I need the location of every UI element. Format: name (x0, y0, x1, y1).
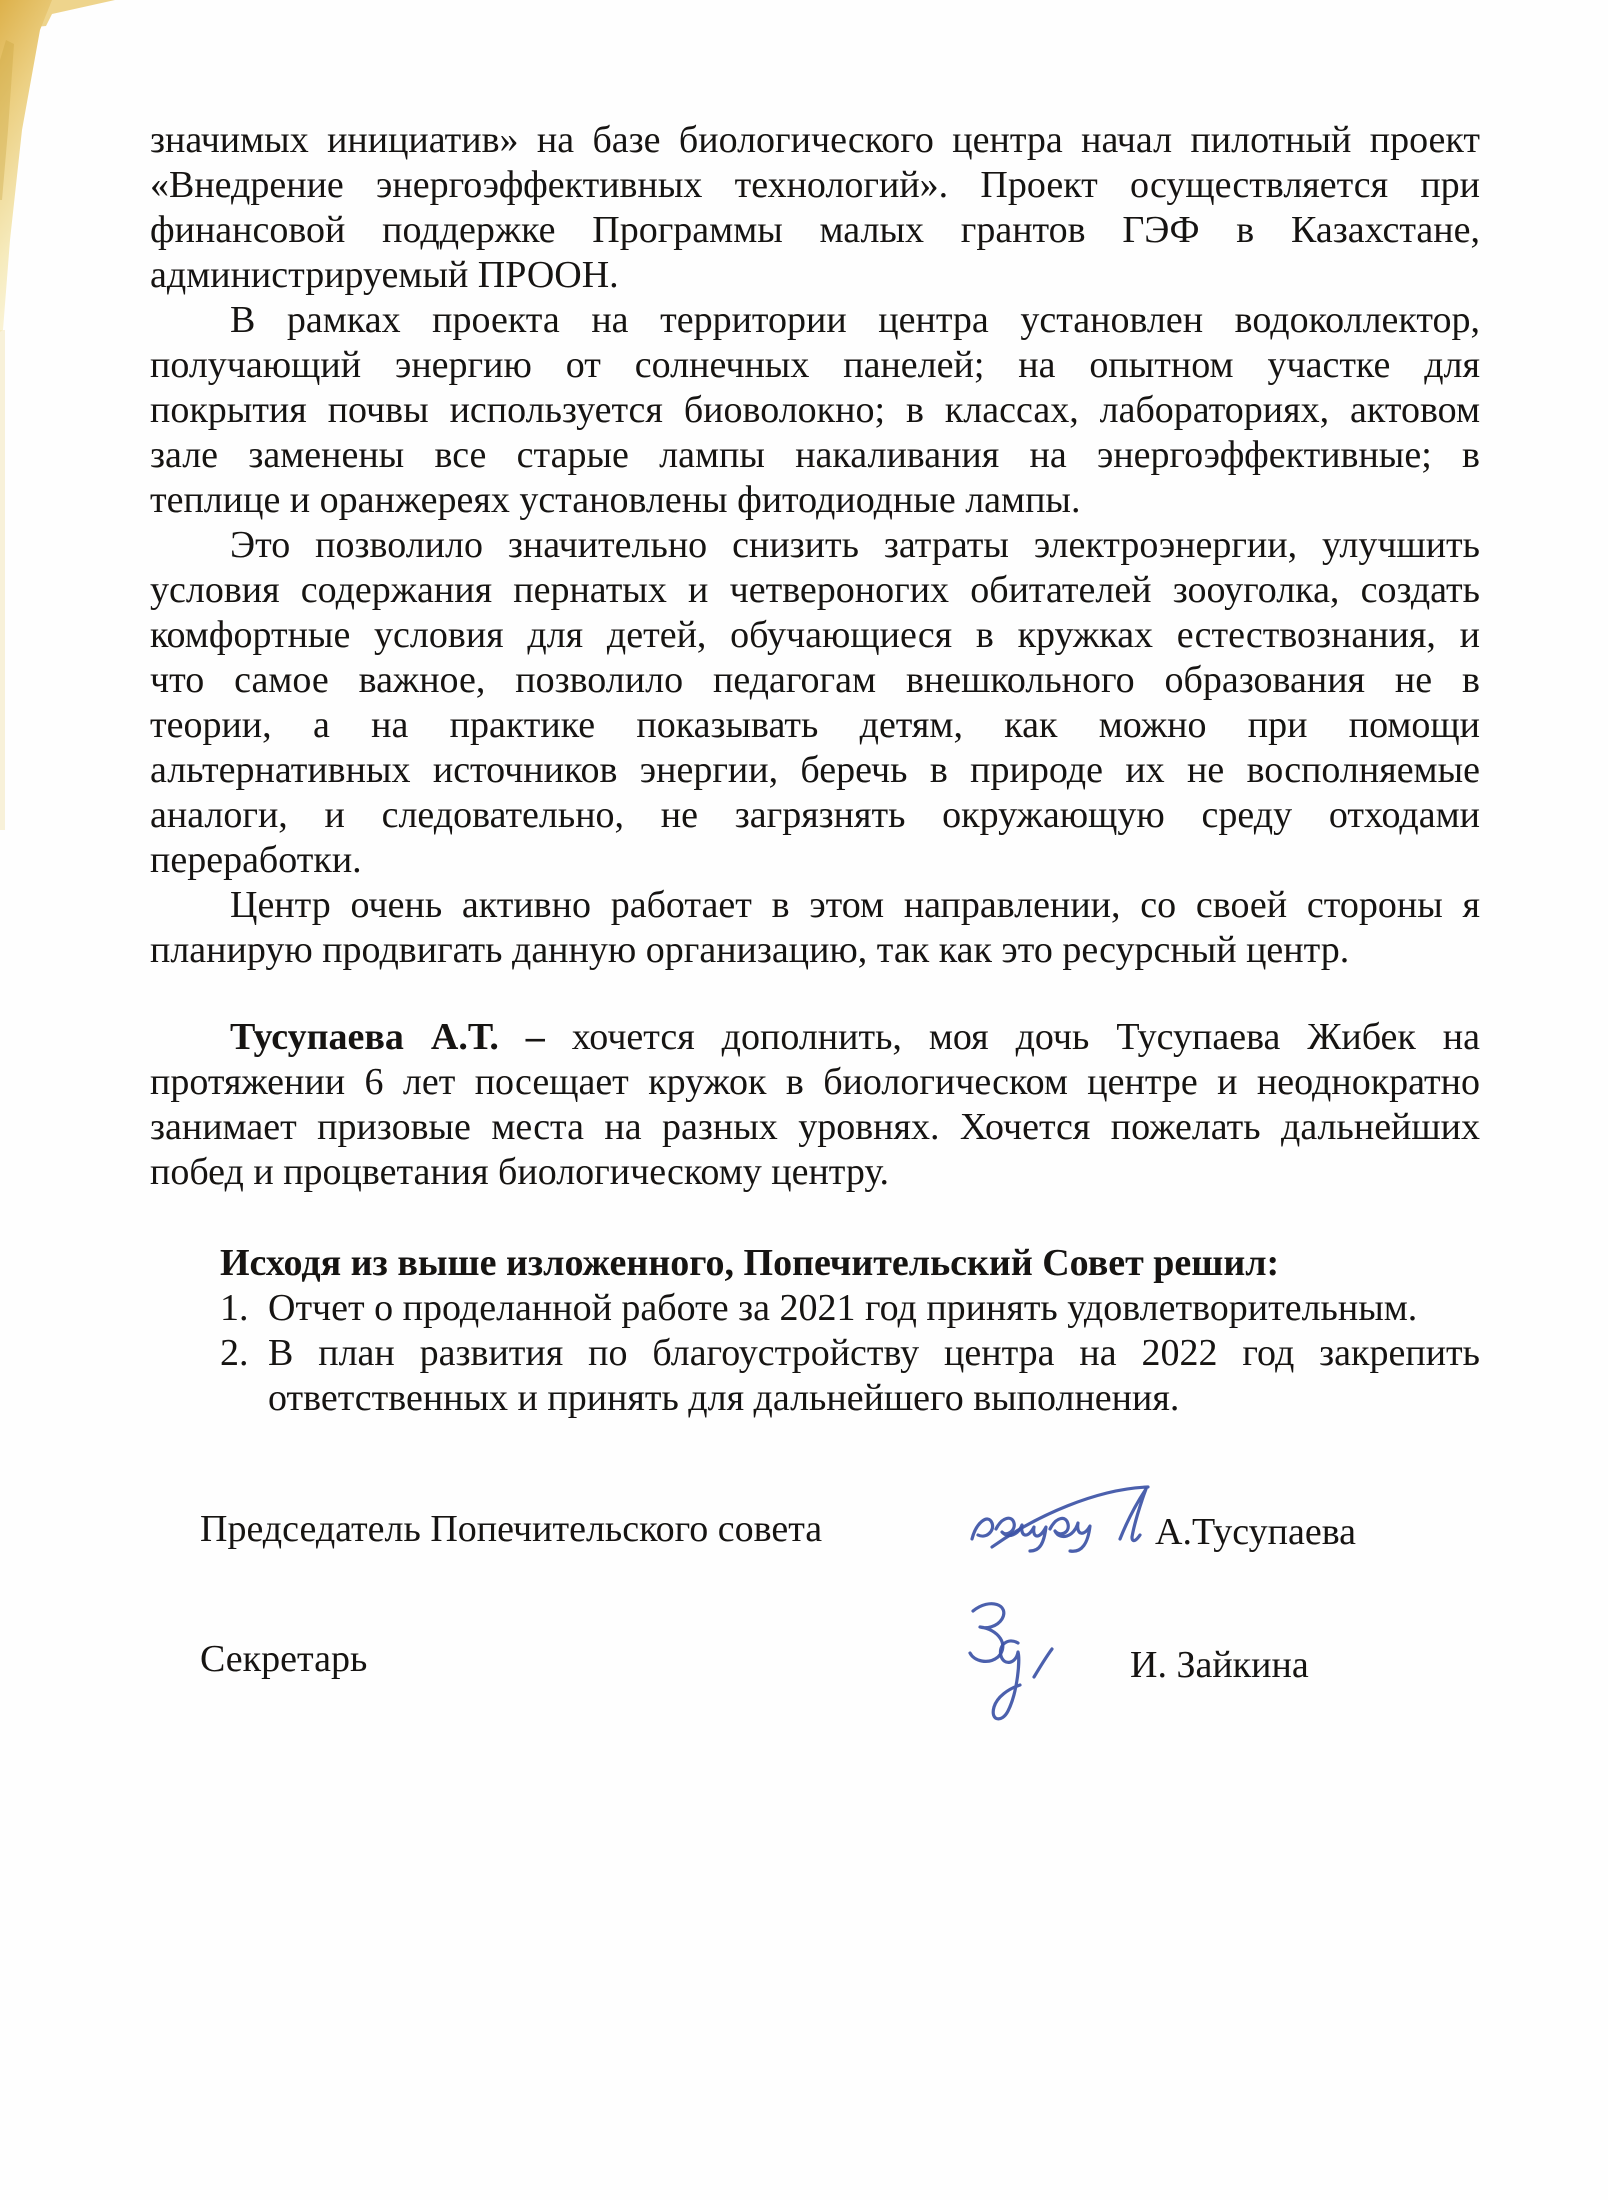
text-line: ответственных и принять для дальнейшего … (150, 1376, 1480, 1421)
text-line: В рамках проекта на территории центра ус… (150, 298, 1480, 343)
text-line: Тусупаева А.Т. – хочется дополнить, моя … (150, 1015, 1480, 1060)
paragraph: Это позволило значительно снизить затрат… (150, 523, 1480, 883)
paragraphs-container: значимых инициатив» на базе биологическо… (150, 118, 1480, 1195)
list-item-number: 1. (220, 1286, 268, 1331)
text-line: теплице и оранжереях установлены фитодио… (150, 478, 1480, 523)
list-item-line: 2.В план развития по благоустройству цен… (150, 1331, 1480, 1376)
text-line: теории, а на практике показывать детям, … (150, 703, 1480, 748)
text-line: получающий энергию от солнечных панелей;… (150, 343, 1480, 388)
text-line: что самое важное, позволило педагогам вн… (150, 658, 1480, 703)
text-line: зале заменены все старые лампы накаливан… (150, 433, 1480, 478)
paragraph: Центр очень активно работает в этом напр… (150, 883, 1480, 973)
text-body: значимых инициатив» на базе биологическо… (150, 118, 1480, 1421)
chairman-signature-icon (962, 1477, 1162, 1567)
text-line: побед и процветания биологическому центр… (150, 1150, 1480, 1195)
text-line: переработки. (150, 838, 1480, 883)
text-line: протяжении 6 лет посещает кружок в биоло… (150, 1060, 1480, 1105)
text-line: комфортные условия для детей, обучающиес… (150, 613, 1480, 658)
signature-section: Председатель Попечительского совета А.Ту… (150, 1455, 1480, 1835)
paragraph: значимых инициатив» на базе биологическо… (150, 118, 1480, 298)
list-item-number: 2. (220, 1331, 268, 1376)
text-line: условия содержания пернатых и четвероног… (150, 568, 1480, 613)
resolution-list: Исходя из выше изложенного, Попечительск… (150, 1241, 1480, 1421)
chairman-name: А.Тусупаева (1155, 1510, 1356, 1554)
scan-edge-artifact (0, 0, 130, 840)
resolution-heading: Исходя из выше изложенного, Попечительск… (150, 1241, 1480, 1286)
text-line: «Внедрение энергоэффективных технологий»… (150, 163, 1480, 208)
paragraph: В рамках проекта на территории центра ус… (150, 298, 1480, 523)
text-line: администрируемый ПРООН. (150, 253, 1480, 298)
text-line: покрытия почвы используется биоволокно; … (150, 388, 1480, 433)
text-line: финансовой поддержке Программы малых гра… (150, 208, 1480, 253)
secretary-signature-icon (918, 1595, 1068, 1730)
scanned-document-page: значимых инициатив» на базе биологическо… (0, 0, 1608, 2200)
text-line: занимает призовые места на разных уровня… (150, 1105, 1480, 1150)
text-line: Это позволило значительно снизить затрат… (150, 523, 1480, 568)
bold-speaker-name: Тусупаева А.Т. – (230, 1016, 545, 1058)
secretary-title: Секретарь (200, 1637, 367, 1681)
chairman-title: Председатель Попечительского совета (200, 1507, 822, 1551)
paragraph: Тусупаева А.Т. – хочется дополнить, моя … (150, 1015, 1480, 1195)
text-line: Центр очень активно работает в этом напр… (150, 883, 1480, 928)
text-line: альтернативных источников энергии, береч… (150, 748, 1480, 793)
text-line: планирую продвигать данную организацию, … (150, 928, 1480, 973)
text-line: аналоги, и следовательно, не загрязнять … (150, 793, 1480, 838)
secretary-name: И. Зайкина (1130, 1643, 1309, 1687)
list-item-line: 1.Отчет о проделанной работе за 2021 год… (150, 1286, 1480, 1331)
text-line: значимых инициатив» на базе биологическо… (150, 118, 1480, 163)
